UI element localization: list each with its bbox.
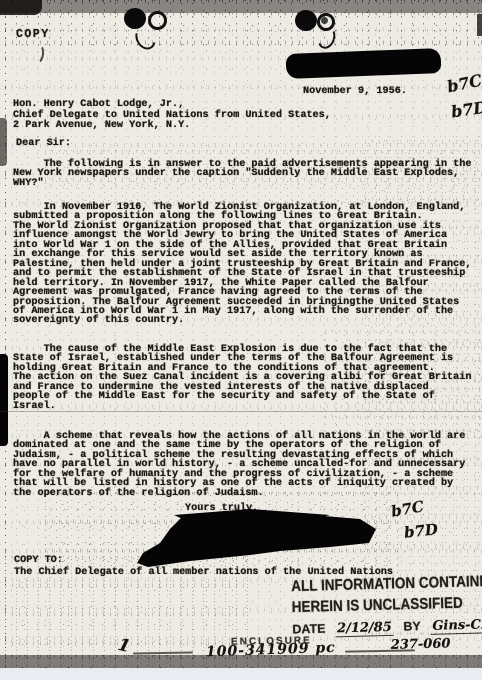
typed-line: WHY?" xyxy=(13,179,472,188)
typed-line: 2 Park Avenue, New York, N.Y. xyxy=(13,121,331,132)
scanned-letter-page: COPY November 9, 1956. b7C b7D Hon. Henr… xyxy=(0,0,482,680)
edge-bar-left xyxy=(0,354,8,446)
declass-date-handwritten: 2/12/85 xyxy=(335,620,394,638)
paragraph-3: The cause of the Middle East Explosion i… xyxy=(13,345,472,411)
redaction-blob-signature xyxy=(130,503,382,573)
typed-line: Hon. Henry Cabot Lodge, Jr., xyxy=(13,100,331,111)
exemption-code-b7d: b7D xyxy=(403,520,439,541)
scanner-bed-strip xyxy=(0,668,482,680)
copy-to-label: COPY TO: xyxy=(14,556,63,565)
typed-line: the operators of the religion of Judaism… xyxy=(13,489,465,498)
edge-sliver-right-top xyxy=(477,14,482,36)
punch-hole-icon xyxy=(295,10,317,31)
typed-line: Israel. xyxy=(13,402,472,411)
scan-edge-top xyxy=(0,0,482,13)
scan-line-artifact xyxy=(0,411,482,412)
salutation: Dear Sir: xyxy=(16,139,71,148)
paragraph-2: In November 1916, The World Zionist Orga… xyxy=(13,203,472,326)
edge-blot-left-1 xyxy=(0,118,7,166)
exemption-code-b7c: b7C xyxy=(390,497,426,520)
typed-line: New York newspapers under the caption "S… xyxy=(13,169,472,178)
exemption-code-b7c: b7C xyxy=(445,71,482,97)
case-file-number: 100-341909 pc xyxy=(206,640,336,661)
pen-dash xyxy=(133,651,193,654)
punch-hole-ring-icon xyxy=(148,11,167,30)
redaction-bar-addressee xyxy=(286,48,442,79)
declass-by-label: BY xyxy=(403,619,421,633)
typed-line: people of the Middle East for the securi… xyxy=(13,392,472,401)
declass-stamp-line1: ALL INFORMATION CONTAINED xyxy=(291,572,481,594)
scan-band-upper xyxy=(0,13,482,47)
declass-date-label: DATE xyxy=(292,622,325,637)
corner-blot-top-left xyxy=(0,0,42,15)
declass-stamp-line2: HEREIN IS UNCLASSIFIED xyxy=(292,593,482,615)
pen-mark xyxy=(31,43,46,64)
recipient-address: Hon. Henry Cabot Lodge, Jr.,Chief Delega… xyxy=(13,100,331,132)
paragraph-4: A scheme that reveals how the actions of… xyxy=(13,432,465,498)
pen-tick: 1 xyxy=(116,635,132,657)
scan-edge-left xyxy=(0,0,9,680)
typed-line: sovereignty of this country. xyxy=(13,316,472,325)
letter-date: November 9, 1956. xyxy=(303,87,407,96)
paragraph-1: The following is in answer to the paid a… xyxy=(13,160,472,188)
exemption-code-b7d: b7D xyxy=(450,98,482,122)
copy-label: COPY xyxy=(16,30,50,39)
declass-initials-handwritten: Gins-CI-JC xyxy=(430,617,482,635)
